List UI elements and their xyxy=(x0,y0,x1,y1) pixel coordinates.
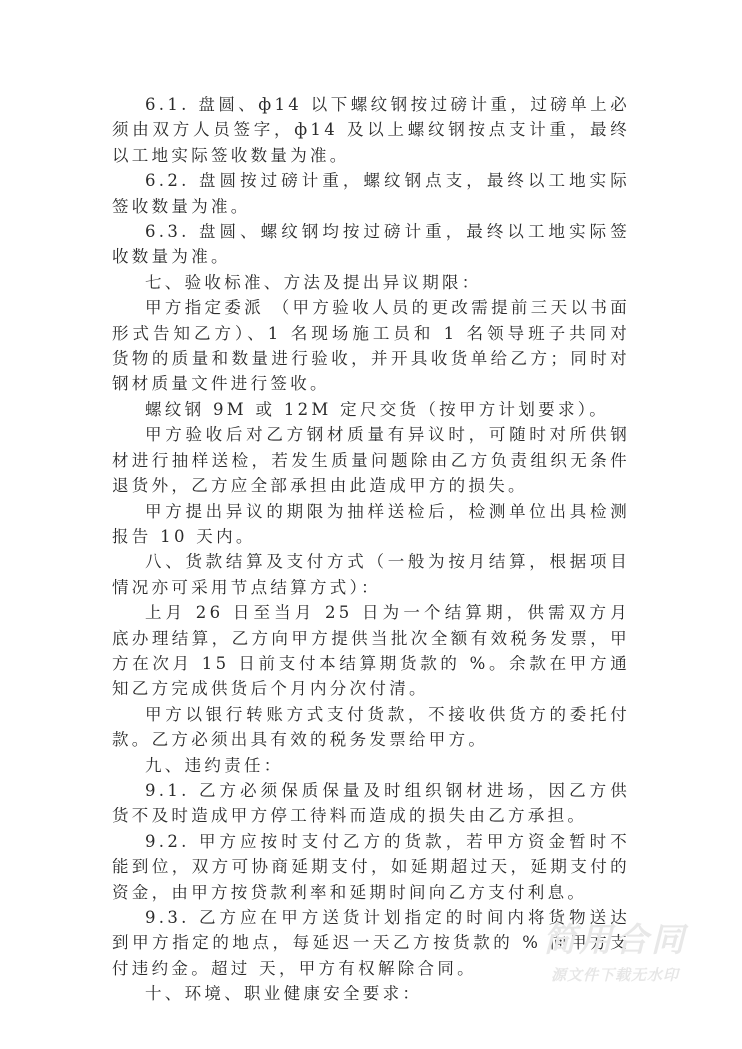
document-page: 6.1. 盘圆、ф14 以下螺纹钢按过磅计重，过磅单上必须由双方人员签字，ф14… xyxy=(112,92,630,1007)
paragraph-settlement-period: 上月 26 日至当月 25 日为一个结算期，供需双方月底办理结算，乙方向甲方提供… xyxy=(112,600,630,702)
clause-6-2: 6.2. 盘圆按过磅计重，螺纹钢点支，最终以工地实际签收数量为准。 xyxy=(112,168,630,219)
section-heading-8: 八、货款结算及支付方式（一般为按月结算，根据项目情况亦可采用节点结算方式）： xyxy=(112,549,630,600)
paragraph-rebar-length: 螺纹钢 9M 或 12M 定尺交货（按甲方计划要求）。 xyxy=(112,397,630,422)
paragraph-objection-period: 甲方提出异议的期限为抽样送检后，检测单位出具检测报告 10 天内。 xyxy=(112,499,630,550)
clause-6-3: 6.3. 盘圆、螺纹钢均按过磅计重，最终以工地实际签收数量为准。 xyxy=(112,219,630,270)
watermark: 简用合同 源文件下载无水印 xyxy=(515,920,715,985)
section-heading-9: 九、违约责任： xyxy=(112,753,630,778)
watermark-title: 简用合同 xyxy=(515,920,715,960)
paragraph-bank-transfer: 甲方以银行转账方式支付货款，不接收供货方的委托付款。乙方必须出具有效的税务发票给… xyxy=(112,702,630,753)
section-heading-10: 十、环境、职业健康安全要求： xyxy=(112,981,630,1006)
paragraph-acceptance-inspectors: 甲方指定委派 （甲方验收人员的更改需提前三天以书面形式告知乙方）、1 名现场施工… xyxy=(112,295,630,397)
section-heading-7: 七、验收标准、方法及提出异议期限： xyxy=(112,270,630,295)
clause-6-1: 6.1. 盘圆、ф14 以下螺纹钢按过磅计重，过磅单上必须由双方人员签字，ф14… xyxy=(112,92,630,168)
clause-9-2: 9.2. 甲方应按时支付乙方的货款，若甲方资金暂时不能到位，双方可协商延期支付，… xyxy=(112,829,630,905)
watermark-subtitle: 源文件下载无水印 xyxy=(515,964,715,985)
paragraph-quality-objection: 甲方验收后对乙方钢材质量有异议时，可随时对所供钢材进行抽样送检，若发生质量问题除… xyxy=(112,422,630,498)
clause-9-1: 9.1. 乙方必须保质保量及时组织钢材进场，因乙方供货不及时造成甲方停工待料而造… xyxy=(112,778,630,829)
